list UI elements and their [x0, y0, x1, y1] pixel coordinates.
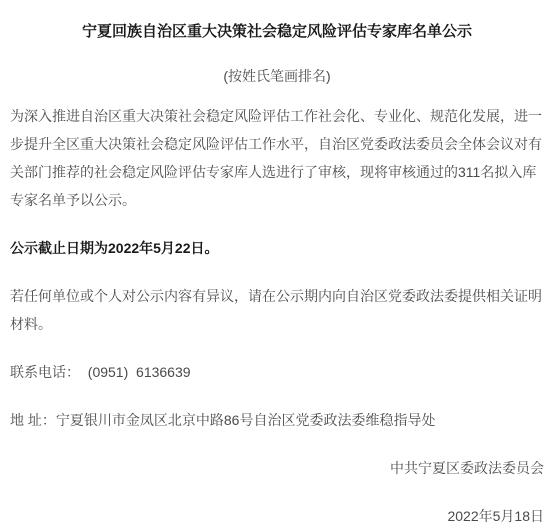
contact-phone-line: 联系电话： (0951) 6136639 — [10, 358, 544, 386]
contact-address-line: 地 址：宁夏银川市金凤区北京中路86号自治区党委政法委维稳指导处 — [10, 406, 544, 434]
announcement-document: 宁夏回族自治区重大决策社会稳定风险评估专家库名单公示 (按姓氏笔画排名) 为深入… — [0, 0, 554, 528]
deadline-statement: 公示截止日期为2022年5月22日。 — [10, 234, 544, 262]
objection-instructions: 若任何单位或个人对公示内容有异议，请在公示期内向自治区党委政法委提供相关证明材料… — [10, 282, 544, 338]
issue-date: 2022年5月18日 — [10, 502, 544, 528]
page-title: 宁夏回族自治区重大决策社会稳定风险评估专家库名单公示 — [10, 22, 544, 42]
subtitle-ranking-note: (按姓氏笔画排名) — [10, 66, 544, 86]
issuer-signature: 中共宁夏区委政法委员会 — [10, 454, 544, 482]
intro-paragraph: 为深入推进自治区重大决策社会稳定风险评估工作社会化、专业化、规范化发展，进一步提… — [10, 102, 544, 214]
